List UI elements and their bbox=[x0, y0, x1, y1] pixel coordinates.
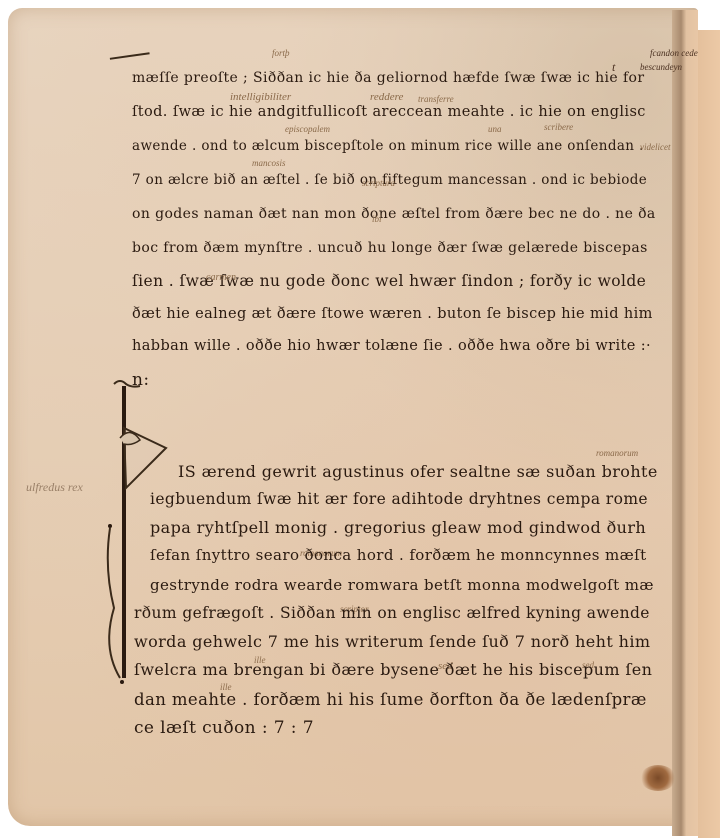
text-line: iegbuendum ſwæ hit ær fore adihtode dryh… bbox=[150, 490, 648, 508]
text-line: ſtod. ſwæ ic hie andgitfullicoſt areccea… bbox=[132, 104, 646, 120]
text-line: dan meahte . forðæm hi his ſume ðorfton … bbox=[134, 690, 647, 709]
text-line: worda gehwelc 7 me his writerum ſende ſu… bbox=[134, 632, 650, 651]
interlinear-gloss: scribere bbox=[544, 122, 573, 132]
text-line: ſefan ſnyttro searo ðonca hord . forðæm … bbox=[150, 546, 647, 564]
text-line: mæſſe preoſte ; Siððan ic hie ða geliorn… bbox=[132, 70, 644, 86]
text-line: IS ærend gewrit agustinus ofer sealtne s… bbox=[178, 462, 658, 481]
interlinear-gloss: carmen bbox=[206, 272, 236, 283]
text-line: on godes naman ðæt nan mon ðone æſtel fr… bbox=[132, 206, 656, 222]
interlinear-gloss: videlicet bbox=[640, 142, 670, 152]
margin-note: ulfredus rex bbox=[26, 480, 83, 495]
text-line: boc from ðæm mynſtre . uncuð hu longe ðæ… bbox=[132, 240, 648, 256]
text-line: ðæt hie ealneg æt ðære ſtowe wæren . but… bbox=[132, 306, 653, 322]
binding-gutter bbox=[672, 10, 698, 836]
interlinear-gloss: episcopalem bbox=[285, 124, 330, 134]
ink-stain bbox=[640, 765, 676, 791]
interlinear-gloss: reddere bbox=[370, 91, 403, 103]
text-line: papa ryhtſpell monig . gregorius gleaw m… bbox=[150, 518, 646, 537]
interlinear-gloss: scriptura bbox=[362, 178, 395, 188]
interlinear-gloss: bescundeyn bbox=[640, 62, 682, 72]
facing-page-edge bbox=[698, 30, 720, 838]
interlinear-gloss: romanorum bbox=[596, 448, 638, 458]
interlinear-gloss: t bbox=[612, 60, 615, 75]
interlinear-gloss: mancosis bbox=[252, 158, 286, 168]
interlinear-gloss: intelligibiliter bbox=[230, 91, 291, 103]
text-line: habban wille . oððe hio hwær tolæne ſie … bbox=[132, 338, 651, 354]
text-line: gestrynde rodra wearde romwara betſt mon… bbox=[150, 576, 654, 594]
text-line: awende . ond to ælcum biscepſtole on min… bbox=[132, 138, 644, 154]
text-line: ce læſt cuðon : 7 : 7 bbox=[134, 718, 314, 738]
interlinear-gloss: transferre bbox=[418, 94, 454, 104]
interlinear-gloss: una bbox=[488, 124, 502, 134]
text-line: ſwelcra ma brengan bi ðære bysene ðæt he… bbox=[134, 660, 652, 679]
text-line: rðum gefrægoſt . Siððan min on englisc æ… bbox=[134, 604, 650, 622]
interlinear-gloss: fortþ bbox=[272, 48, 290, 58]
interlinear-gloss: ibi bbox=[372, 214, 382, 224]
interlinear-gloss: fcandon cede bbox=[650, 48, 698, 58]
